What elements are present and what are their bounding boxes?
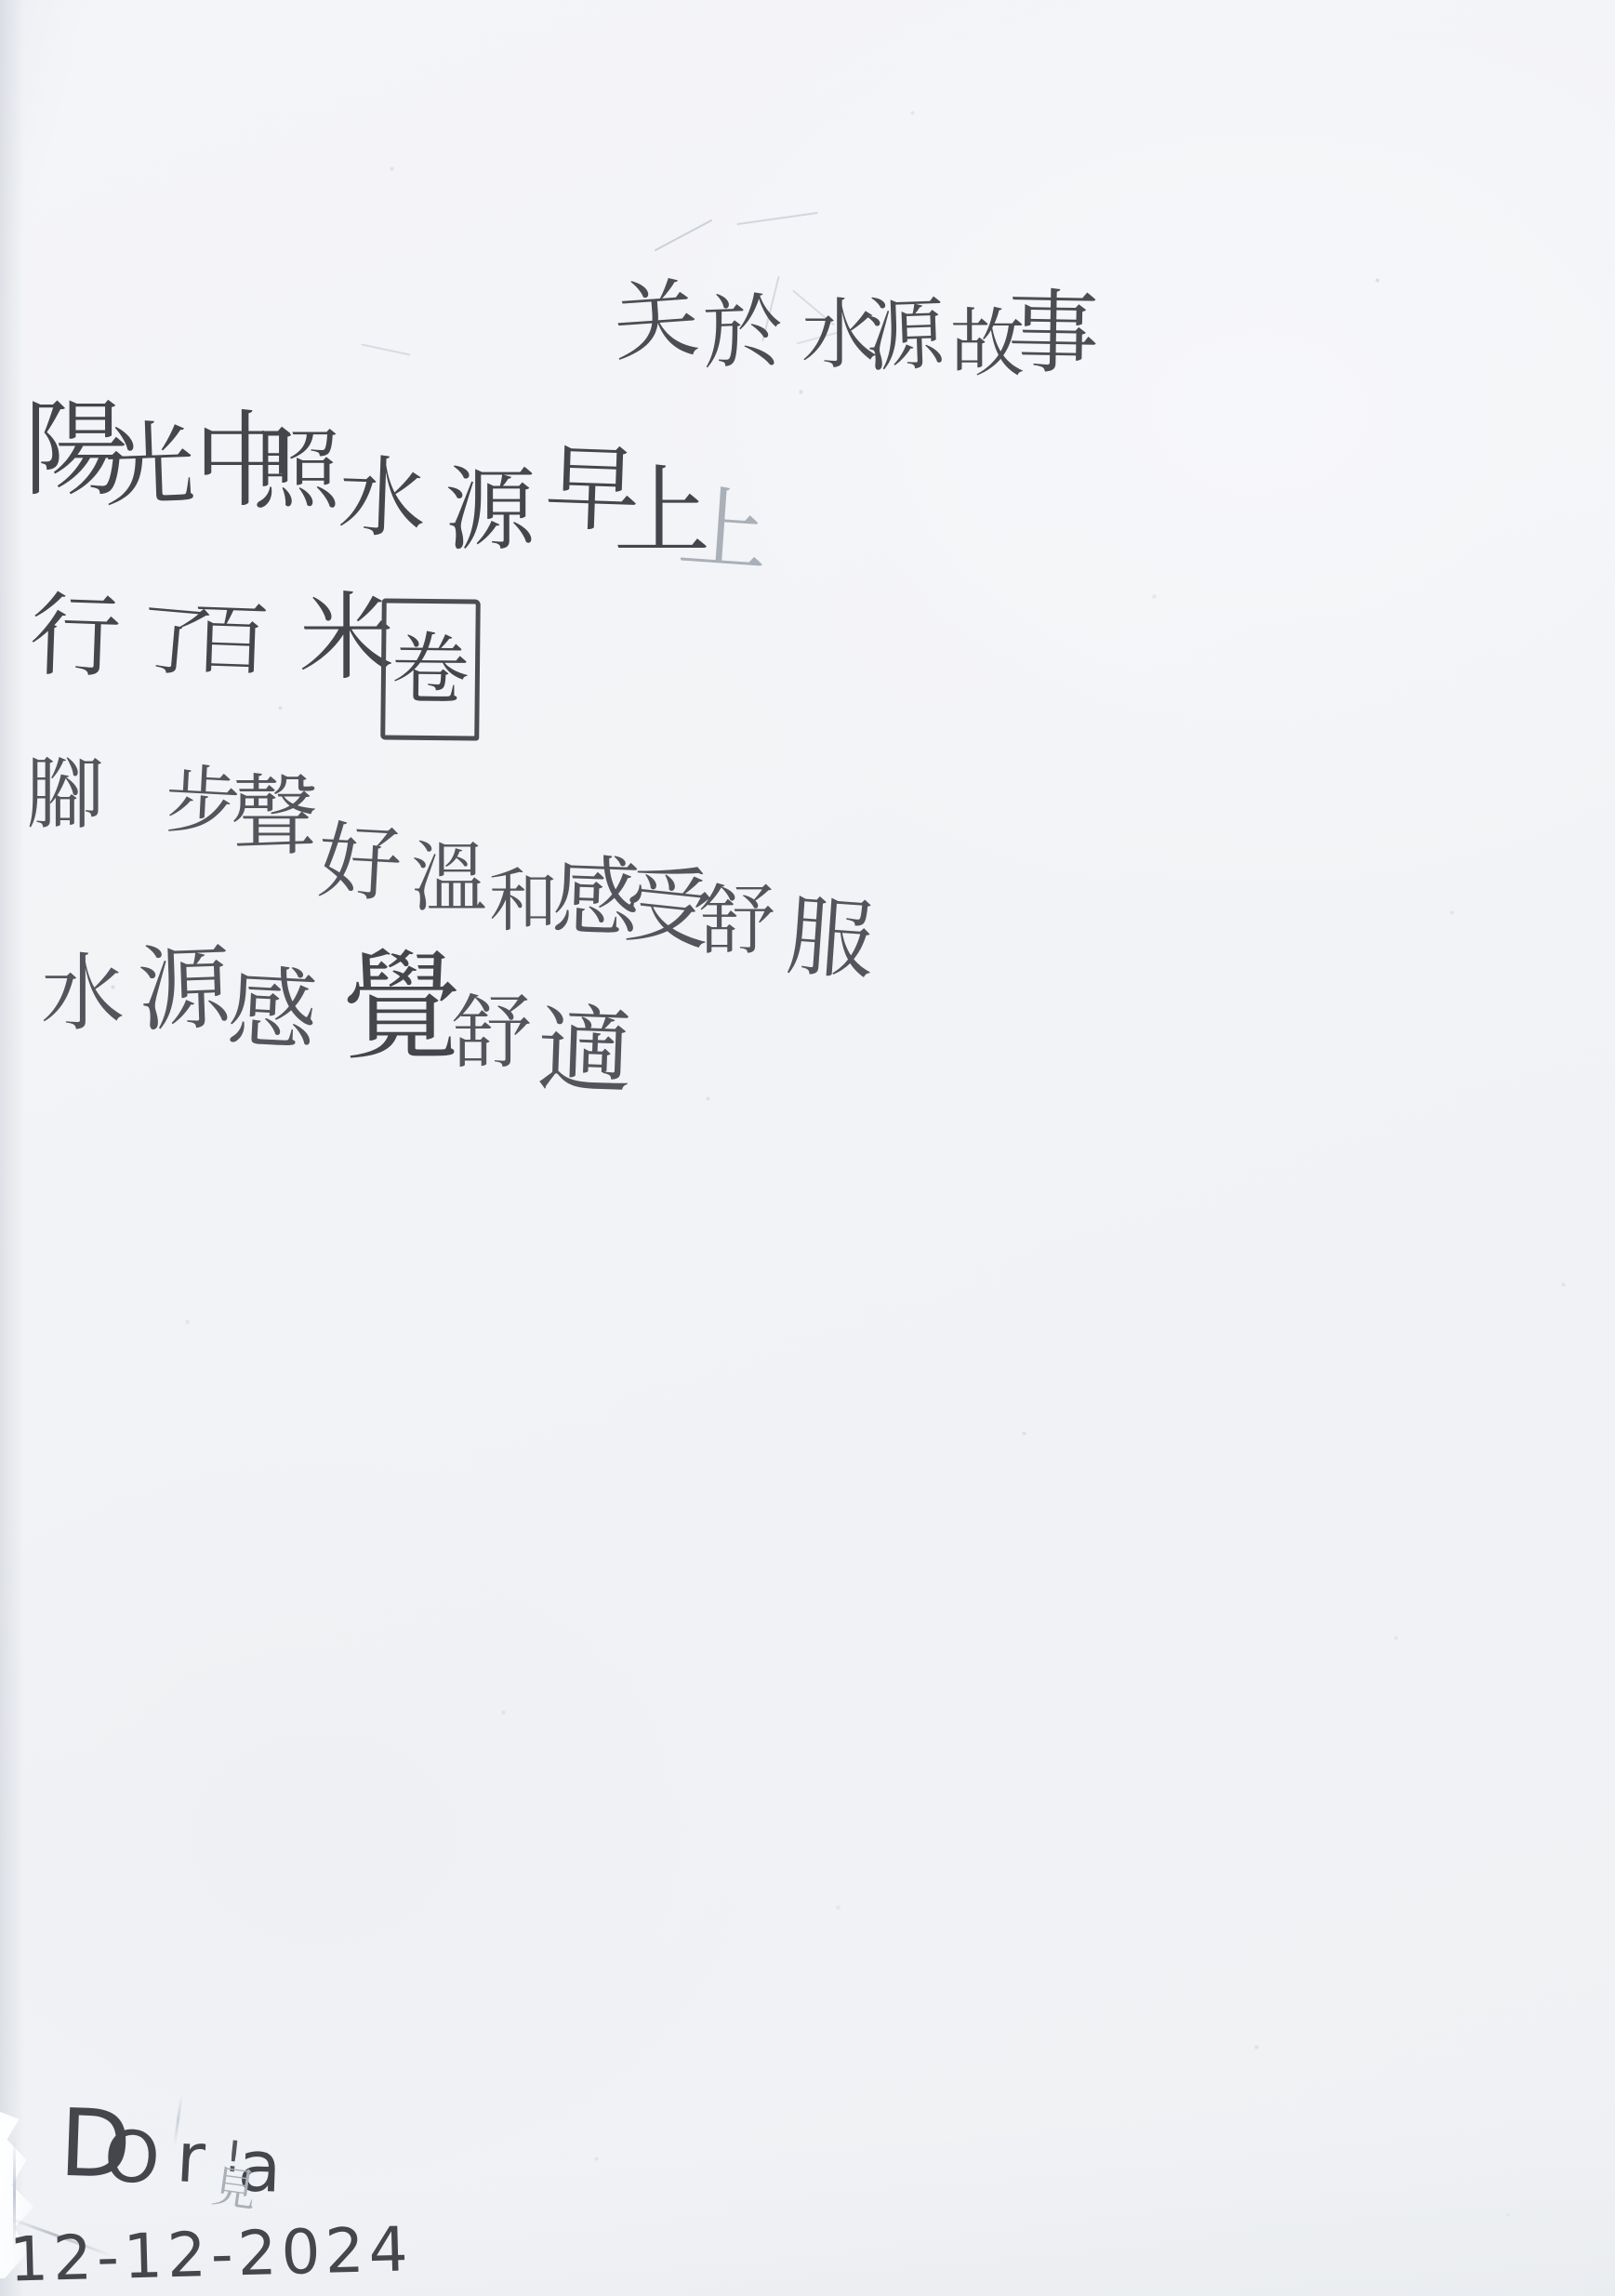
boxed-char-inner: 卷 <box>391 630 470 710</box>
line3-char: 溫 <box>411 841 487 917</box>
paper-page: 关 於 水 源 故 事 陽 光 中 照 水 源 早 上 上 行 了 百 米 卷 … <box>0 0 1615 2296</box>
date-text: 12-12-2024 <box>8 2219 413 2290</box>
line1-char: 水 <box>337 454 427 544</box>
line3-char: 腳 <box>26 755 104 833</box>
line1-char: 照 <box>253 428 340 515</box>
faint-scribble <box>736 212 817 225</box>
signature-letter: r <box>175 2123 206 2193</box>
line4-char: 水 <box>41 952 125 1036</box>
line4-char: 覺 <box>342 949 461 1068</box>
line4-char: 源 <box>136 941 232 1037</box>
title-char: 关 <box>611 276 702 367</box>
line3-char: 好 <box>316 820 404 909</box>
title-char: 於 <box>702 292 785 375</box>
line3-char: 服 <box>784 894 877 987</box>
line1-char: 光 <box>102 418 196 512</box>
title-char: 源 <box>864 295 946 378</box>
signature-faint-char: 見 <box>209 2164 259 2214</box>
line3-char: 和 <box>489 867 558 936</box>
left-edge-shade <box>0 0 24 2296</box>
line4-char: 適 <box>536 1002 633 1100</box>
line3-char: 聲 <box>231 774 318 861</box>
line1-char: 源 <box>444 465 536 556</box>
line2-char: 米 <box>299 591 394 686</box>
line1-faint-char: 上 <box>676 483 771 577</box>
line4-char: 舒 <box>452 993 532 1073</box>
faint-scribble <box>361 343 410 355</box>
line2-char: 行 <box>28 590 122 683</box>
title-char: 事 <box>1007 287 1100 380</box>
signature-letter: O <box>101 2120 162 2195</box>
line2-char: 百 <box>191 600 271 681</box>
boxed-char: 卷 <box>380 598 481 740</box>
line3-char: 舒 <box>699 883 775 960</box>
line4-char: 感 <box>226 963 320 1057</box>
faint-scribble <box>655 219 713 252</box>
